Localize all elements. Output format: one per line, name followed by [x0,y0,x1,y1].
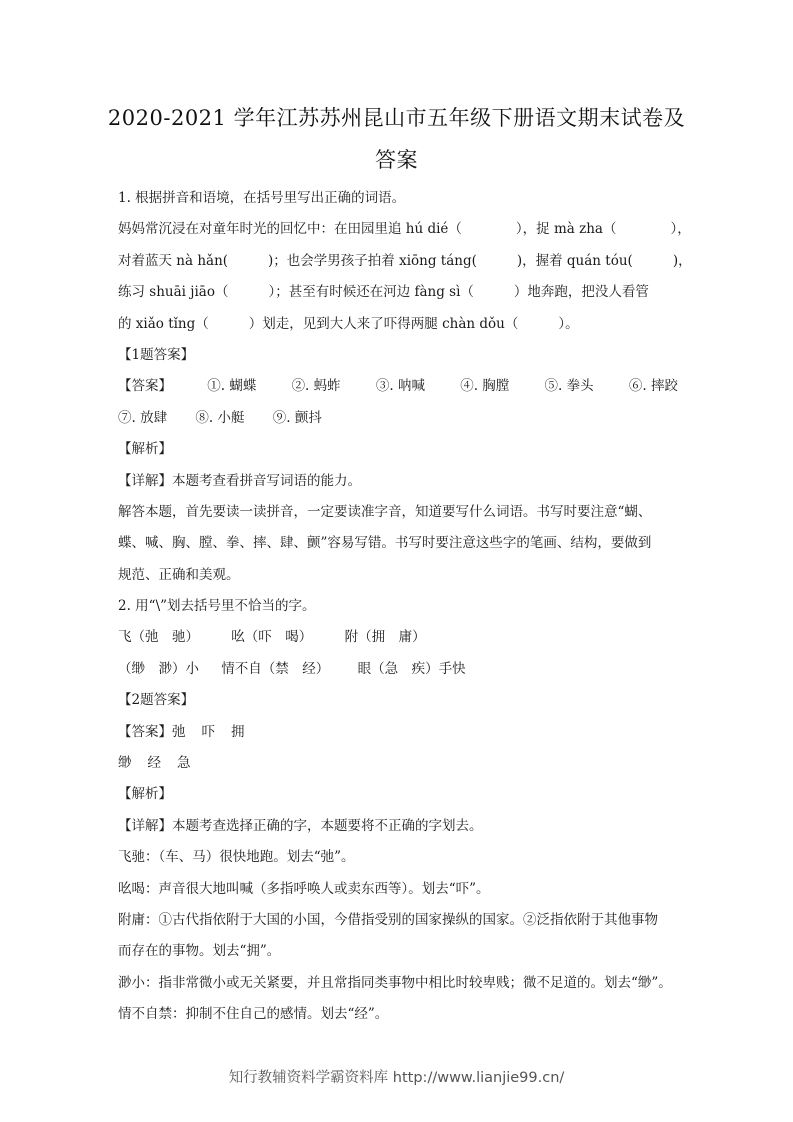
answer-item: 经 [148,755,162,771]
question-1-explanation-line: 蝶、喊、胸、膛、拳、摔、肆、颤”容易写错。书写时要注意这些字的笔画、结构，要做到 [118,528,678,559]
question-1-explanation-line: 解答本题，首先要读一读拼音，一定要读准字音，知道要写什么词语。书写时要注意“蝴、 [118,497,678,528]
answer-item: ②. 蚂蚱 [292,371,341,402]
question-2-row-2: （缈 渺）小 情不自（禁 经） 眼（急 疾）手快 [118,654,678,685]
answer-item: 急 [177,755,191,771]
answer-item: ⑧. 小艇 [195,410,244,426]
question-2-explanation-line: 而存在的事物。划去“拥”。 [118,936,678,967]
question-1-answer-header: 【1题答案】 [118,340,678,371]
question-1-analysis-header: 【解析】 [118,434,678,465]
choice-item: 眼（急 疾）手快 [358,661,466,677]
choice-item: 附（拥 庸） [345,629,426,645]
answer-item: ③. 呐喊 [376,371,425,402]
question-1-line-4: 的 xiǎo tǐng（）划走，见到大人来了吓得两腿 chàn dǒu（）。 [118,309,678,340]
question-2-analysis-header: 【解析】 [118,779,678,810]
question-1-prompt: 1. 根据拼音和语境，在括号里写出正确的词语。 [118,183,678,214]
answer-label: 【答案】 [118,371,172,402]
footer-watermark: 知行教辅资料学霸资料库 http://www.lianjie99.cn/ [0,1066,793,1087]
answer-item: ④. 胸膛 [460,371,509,402]
question-1-explanation-line: 规范、正确和美观。 [118,560,678,591]
question-1-detail: 【详解】本题考查看拼音写词语的能力。 [118,466,678,497]
question-2-explanation-line: 附庸：①古代指依附于大国的小国，今借指受别的国家操纵的国家。②泛指依附于其他事物 [118,905,678,936]
question-2-row-1: 飞（弛 驰） 吆（吓 喝） 附（拥 庸） [118,622,678,653]
choice-item: （缈 渺）小 [118,661,199,677]
choice-item: 飞（弛 驰） [118,629,199,645]
question-2-prompt: 2. 用“\”划去括号里不恰当的字。 [118,591,678,622]
document-title-continued: 答案 [80,144,713,174]
answer-item: ⑨. 颤抖 [273,410,322,426]
document-body: 1. 根据拼音和语境，在括号里写出正确的词语。 妈妈常沉浸在对童年时光的回忆中：… [118,183,678,1031]
question-2-answers-row-1: 【答案】弛吓拥 [118,717,678,748]
question-2-explanation-line: 飞驰：（车、马）很快地跑。划去“弛”。 [118,842,678,873]
answer-item: 拥 [231,724,245,740]
answer-item: ⑦. 放肆 [118,410,167,426]
question-1-line-1: 妈妈常沉浸在对童年时光的回忆中：在田园里追 hú dié（），捉 mà zha（… [118,214,678,245]
answer-item: 吓 [202,724,216,740]
question-2-explanation-line: 吆喝：声音很大地叫喊（多指呼唤人或卖东西等）。划去“吓”。 [118,874,678,905]
question-2-answers-row-2: 缈经急 [118,748,678,779]
q1-text-segment: 妈妈常沉浸在对童年时光的回忆中：在田园里追 hú dié（），捉 mà zha（… [118,214,691,245]
question-1-answers-row-1: 【答案】 ①. 蝴蝶 ②. 蚂蚱 ③. 呐喊 ④. 胸膛 ⑤. 拳头 ⑥. 摔跤 [118,371,678,402]
question-2-explanation-line: 情不自禁：抑制不住自己的感情。划去“经”。 [118,999,678,1030]
answer-item: ①. 蝴蝶 [207,371,256,402]
answer-label: 【答案】 [118,724,172,740]
question-2-detail: 【详解】本题考查选择正确的字，本题要将不正确的字划去。 [118,811,678,842]
choice-item: 吆（吓 喝） [231,629,312,645]
answer-item: ⑥. 摔跤 [629,371,678,402]
answer-item: ⑤. 拳头 [545,371,594,402]
question-2-explanation-line: 渺小：指非常微小或无关紧要，并且常指同类事物中相比时较卑贱；微不足道的。划去“缈… [118,968,678,999]
question-1-line-2: 对着蓝天 nà hǎn()；也会学男孩子拍着 xiōng táng()，握着 q… [118,246,678,277]
question-2-answer-header: 【2题答案】 [118,685,678,716]
document-title: 2020-2021 学年江苏苏州昆山市五年级下册语文期末试卷及 [80,102,713,132]
question-1-line-3: 练习 shuāi jiāo（）；甚至有时候还在河边 fàng sì（）地奔跑，把… [118,277,678,308]
document-page: 2020-2021 学年江苏苏州昆山市五年级下册语文期末试卷及 答案 1. 根据… [0,0,793,1122]
answer-item: 缈 [118,755,132,771]
choice-item: 情不自（禁 经） [221,661,329,677]
question-1-answers-row-2: ⑦. 放肆 ⑧. 小艇 ⑨. 颤抖 [118,403,678,434]
answer-item: 弛 [172,724,186,740]
